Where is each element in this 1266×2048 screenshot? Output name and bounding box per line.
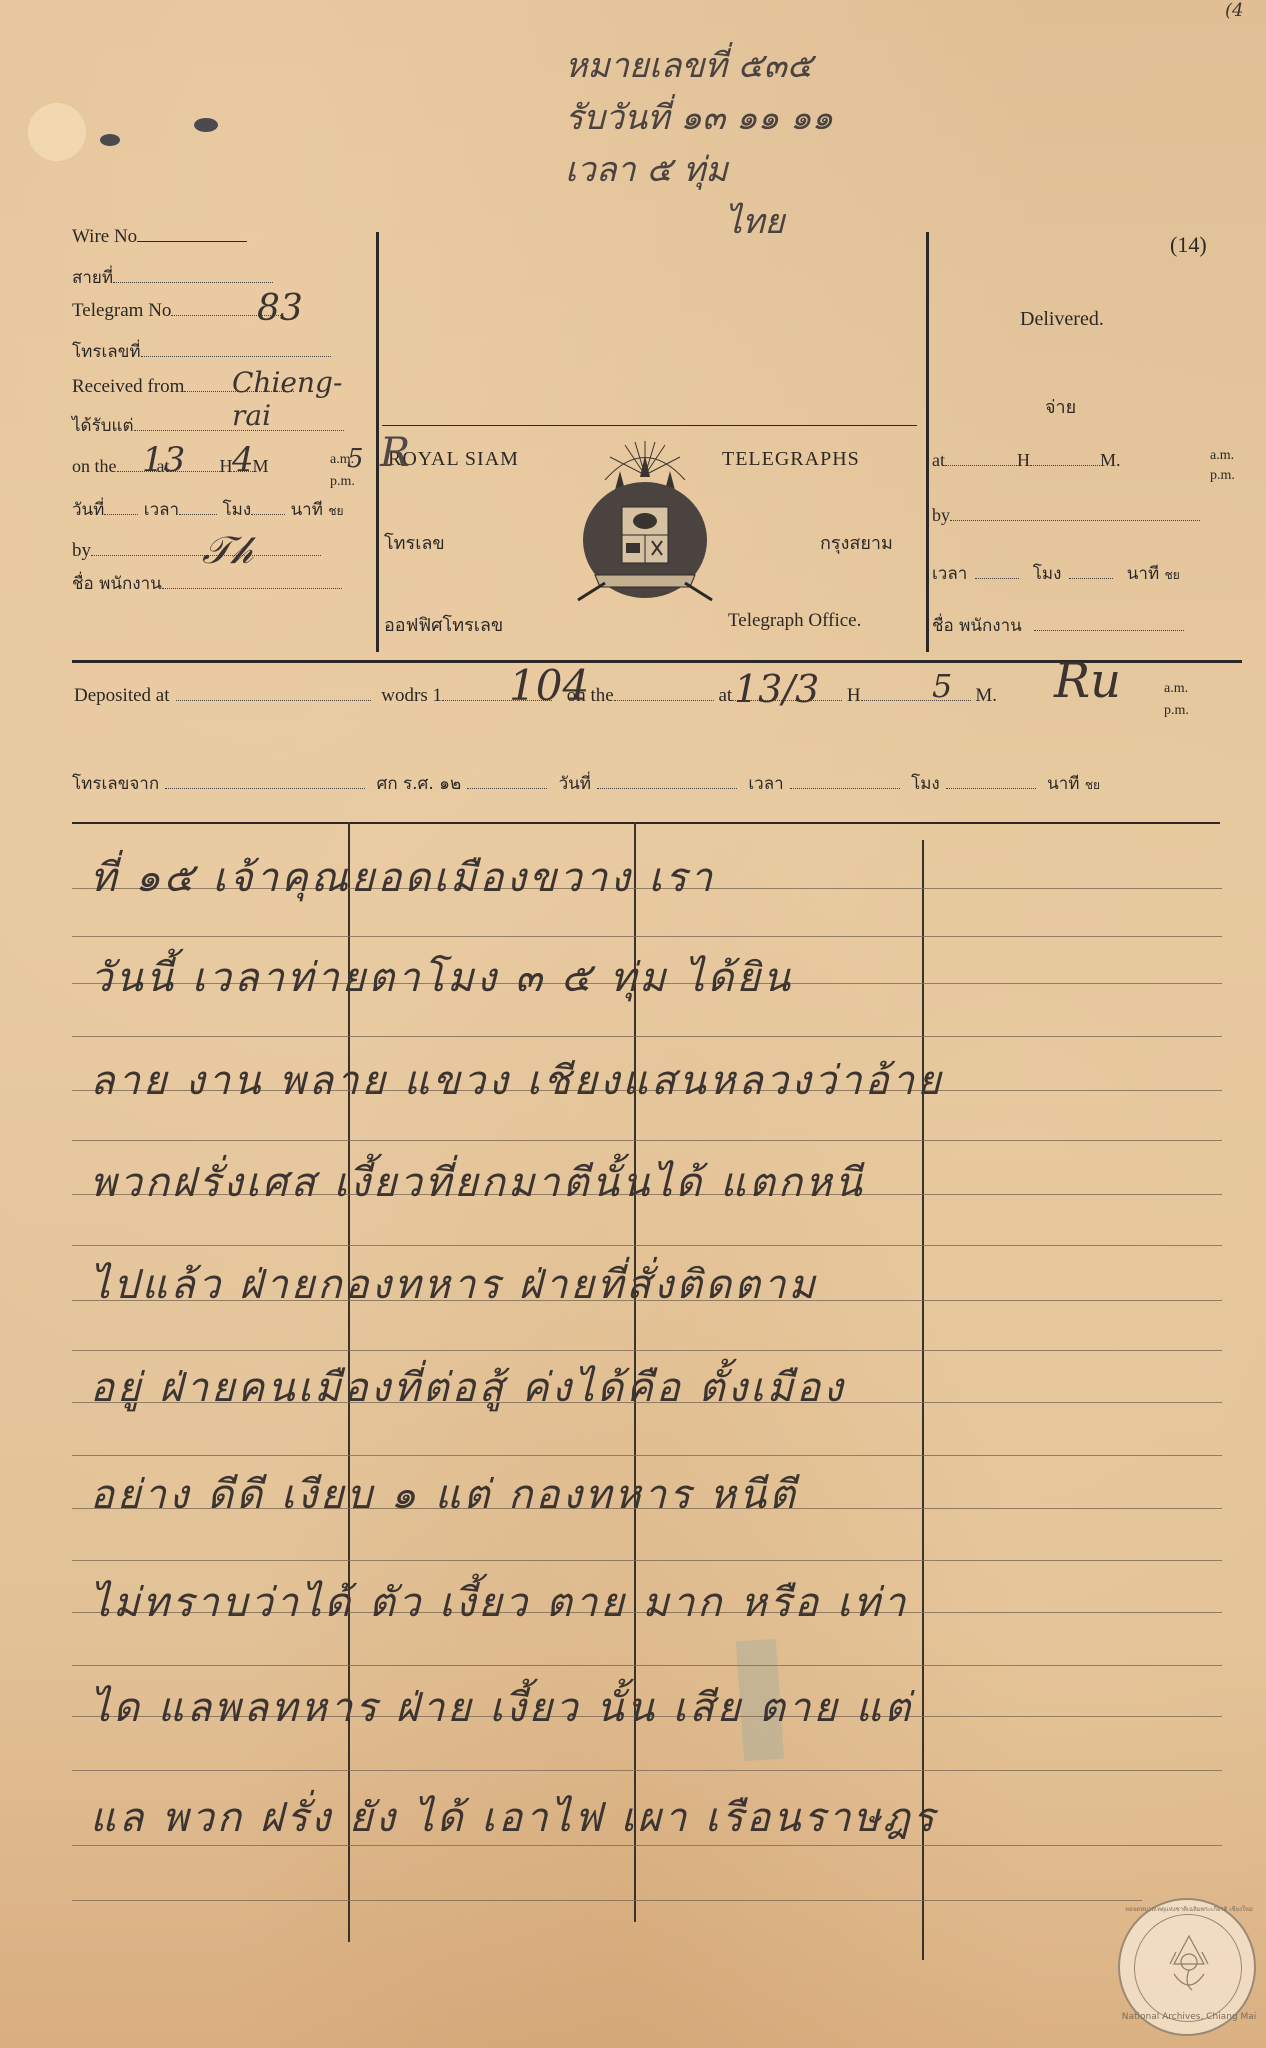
date-th-2: วันที่ xyxy=(559,774,591,794)
ruled-line xyxy=(72,1036,1222,1037)
from-th: โทรเลขจาก xyxy=(72,774,159,794)
by-label: by xyxy=(72,540,91,561)
ruled-line xyxy=(72,936,1222,937)
bangkok-th-label: กรุงสยาม xyxy=(820,528,893,557)
ruled-line xyxy=(72,1900,1142,1901)
wire-no-th: สายที่ xyxy=(72,268,113,288)
h-label: H xyxy=(220,456,233,476)
archive-seal: หอจดหมายเหตุแห่งชาติเฉลิมพระเกียรติ เชีย… xyxy=(1118,1898,1256,2036)
telegram-no-value: 83 xyxy=(257,288,303,329)
ruled-line xyxy=(72,1665,1222,1666)
received-from-th: ได้รับแต่ xyxy=(72,416,134,436)
hour-th-2: โมง xyxy=(911,774,940,794)
center-top-rule xyxy=(382,425,917,426)
delivered-staff-th: ชื่อ พนักงาน xyxy=(932,616,1022,636)
deposit-hour-value: 5 xyxy=(932,667,952,705)
delivered-minute-th: นาที xyxy=(1127,564,1159,584)
pm-label: p.m. xyxy=(330,474,355,490)
ganesha-icon xyxy=(1164,1934,1214,2000)
delivered-staff-row: ชื่อ พนักงาน xyxy=(932,612,1184,639)
delivered-time-th: เวลา xyxy=(932,564,967,584)
delivered-label: Delivered. xyxy=(1020,308,1104,331)
delivered-by-label: by xyxy=(932,505,950,525)
received-from-value: Chieng-rai xyxy=(232,366,372,432)
archive-seal-text-en: National Archives, Chiang Mai xyxy=(1120,2012,1258,2022)
deposit-row: Deposited at wodrs 1 on the at H M. a.m.… xyxy=(74,685,1254,725)
ruled-line xyxy=(72,1560,1222,1561)
royal-siam-scribble: R xyxy=(380,430,410,476)
office-th-label: ออฟฟิศโทรเลข xyxy=(384,610,503,639)
office-en-label: Telegraph Office. xyxy=(728,610,861,632)
deposit-m-label: M. xyxy=(975,685,997,706)
top-note-line3: เวลา ๕ ทุ่ม xyxy=(565,144,833,196)
message-line: ไม่ทราบว่าได้ ตัว เงี้ยว ตาย มาก หรือ เท… xyxy=(90,1570,908,1634)
year-th: ศก ร.ศ. ๑๒ xyxy=(377,774,462,794)
deposited-label: Deposited at xyxy=(74,685,170,706)
at-value: 4 xyxy=(232,440,254,480)
deposit-at-label: at xyxy=(718,685,732,706)
delivered-hour-th: โมง xyxy=(1033,564,1062,584)
deposit-minute-value: Ru xyxy=(1054,653,1121,709)
royal-coat-of-arms-icon xyxy=(560,435,730,610)
page-number: (14) xyxy=(1170,232,1207,258)
deposit-h-label: H xyxy=(847,685,861,706)
message-line: อย่าง ดีดี เงียบ ๑ แต่ กองทหาร หนีตี xyxy=(90,1462,798,1526)
archive-seal-text-th: หอจดหมายเหตุแห่งชาติเฉลิมพระเกียรติ เชีย… xyxy=(1120,1904,1258,1914)
telegram-no-th: โทรเลขที่ xyxy=(72,342,141,362)
minute-th-2: นาที xyxy=(1047,774,1079,794)
telegraph-th-label: โทรเลข xyxy=(384,528,445,557)
message-line: พวกฝรั่งเศส เงี้ยวที่ยกมาตีนั้นได้ แตกหน… xyxy=(90,1150,865,1214)
delivered-at-row: atHM. a.m. p.m. xyxy=(932,450,1232,471)
m-label: M xyxy=(253,456,269,476)
ruled-line xyxy=(72,1245,1222,1246)
received-from-label: Received from xyxy=(72,376,184,397)
top-note-line4: ไทย xyxy=(565,196,833,248)
top-note-line1: หมายเลขที่ ๕๓๕ xyxy=(565,40,833,92)
date-th: วันที่ xyxy=(72,500,104,520)
message-line: ลาย งาน พลาย แขวง เชียงแสนหลวงว่าอ้าย xyxy=(90,1048,944,1112)
delivered-at-label: at xyxy=(932,450,945,470)
staff-th: ชื่อ พนักงาน xyxy=(72,574,162,594)
message-line: ได แลพลทหาร ฝ่าย เงี้ยว นั้น เสีย ตาย แต… xyxy=(90,1675,913,1739)
deposit-pm: p.m. xyxy=(1164,703,1189,719)
deposit-am: a.m. xyxy=(1164,681,1188,697)
on-the-label: on the xyxy=(72,456,117,476)
corner-mark: (4 xyxy=(1225,0,1243,21)
on-the-value: 13 xyxy=(142,440,185,480)
ruled-line xyxy=(72,1770,1222,1771)
ruled-line xyxy=(72,1140,1222,1141)
delivered-h-label: H xyxy=(1017,450,1030,470)
hour-th: โมง xyxy=(223,500,252,520)
delivered-m-label: M. xyxy=(1100,450,1121,470)
am-value: 5 xyxy=(347,444,364,474)
ruled-line xyxy=(72,1455,1222,1456)
message-top-rule xyxy=(72,822,1220,824)
message-line: แล พวก ฝรั่ง ยัง ได้ เอาไฟ เผา เรือนราษฎ… xyxy=(90,1785,937,1849)
by-signature: 𝒯𝒽 xyxy=(202,528,253,573)
message-line: ไปแล้ว ฝ่ายกองทหาร ฝ่ายที่สั่งติดตาม xyxy=(90,1252,818,1316)
telegram-no-label: Telegram No xyxy=(72,300,171,321)
delivered-time-row: เวลา โมง นาที ชย xyxy=(932,560,1180,587)
minute-th: นาที xyxy=(291,500,323,520)
message-line: วันนี้ เวลาท่ายตาโมง ๓ ๕ ทุ่ม ได้ยิน xyxy=(90,945,793,1009)
words-label: wodrs xyxy=(381,685,427,706)
wire-no-label: Wire No xyxy=(72,226,137,247)
hole-spot xyxy=(194,118,218,132)
delivered-am: a.m. xyxy=(1210,448,1234,464)
ampm-th-2: ชย xyxy=(1085,778,1100,792)
message-line: ที่ ๑๕ เจ้าคุณยอดเมืองขวาง เรา xyxy=(90,845,715,909)
header-divider-left xyxy=(376,232,379,652)
hole-spot xyxy=(100,134,120,146)
deposit-th-row: โทรเลขจาก ศก ร.ศ. ๑๒ วันที่ เวลา โมง นาท… xyxy=(72,770,1252,797)
delivered-by-row: by xyxy=(932,505,1200,526)
ruled-line xyxy=(72,1350,1222,1351)
top-note: หมายเลขที่ ๕๓๕ รับวันที่ ๑๓ ๑๑ ๑๑ เวลา ๕… xyxy=(565,40,833,248)
delivered-th: จ่าย xyxy=(1045,392,1076,421)
header-left: Wire No สายที่ Telegram No 83 โทรเลขที่ … xyxy=(72,226,372,597)
time-th: เวลา xyxy=(144,500,179,520)
header-divider-right xyxy=(926,232,929,652)
delivered-pm: p.m. xyxy=(1210,468,1235,484)
ampm-th: ชย xyxy=(328,504,343,518)
delivered-ampm-th: ชย xyxy=(1165,568,1180,582)
words-value: 104 xyxy=(509,661,589,710)
top-note-line2: รับวันที่ ๑๓ ๑๑ ๑๑ xyxy=(565,92,833,144)
message-line: อยู่ ฝ่ายคนเมืองที่ต่อสู้ ค่งได้คือ ตั้ง… xyxy=(90,1355,846,1419)
words-prefix: 1 xyxy=(432,685,442,706)
telegraphs-label: TELEGRAPHS xyxy=(722,448,860,471)
deposit-date-value: 13/3 xyxy=(734,667,819,711)
stain-spot xyxy=(28,103,86,161)
time-th-2: เวลา xyxy=(748,774,783,794)
